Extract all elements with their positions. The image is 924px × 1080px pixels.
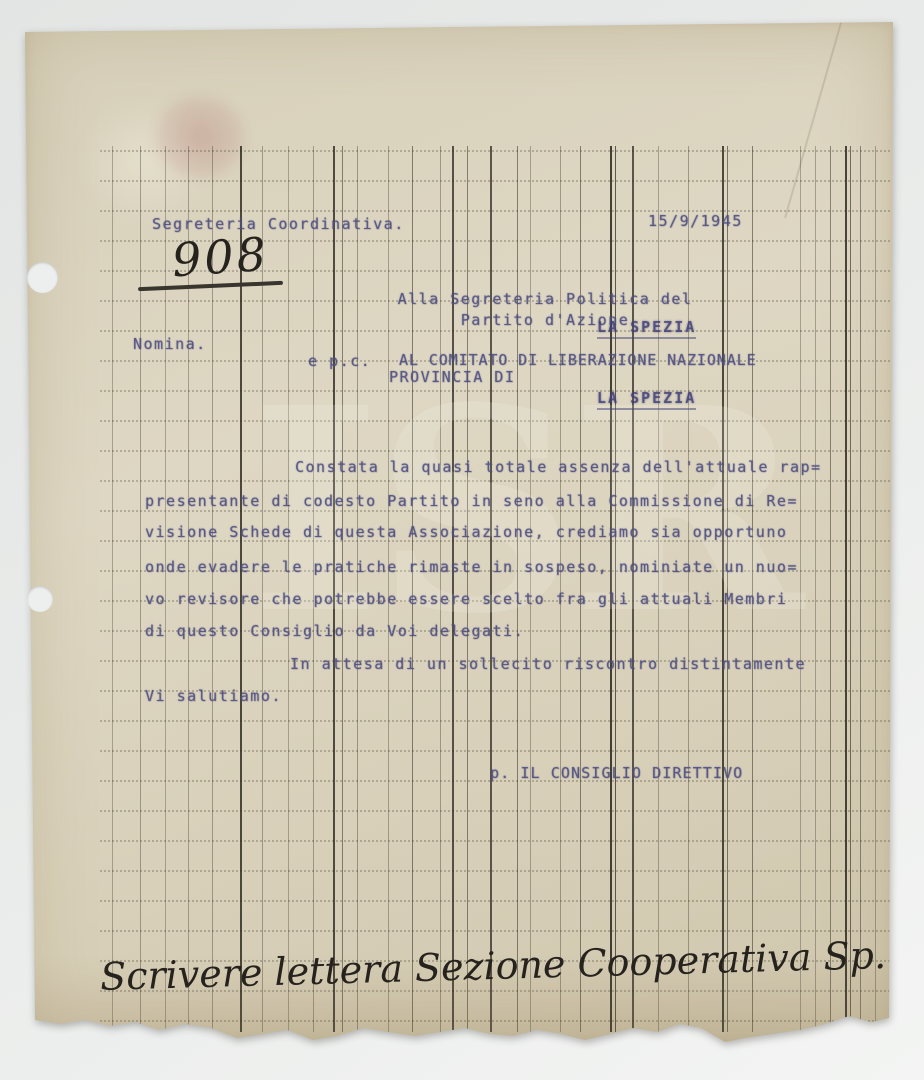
recipient-line-1: Alla Segreteria Politica del [395,289,695,310]
ruling-column-line [727,146,728,1032]
recipient-city-stamp: LA SPEZIA [597,318,696,339]
ruling-column-line [560,146,561,1032]
cc-line-1: AL COMITATO DI LIBERAZIONE NAZIONALE [399,351,757,369]
ruling-column-line [860,146,861,1032]
scanned-letter: ISR Segreteria Coordinativa. 15/9/1945 9… [0,0,924,1080]
sender-office-line: Segreteria Coordinativa. [152,215,405,233]
body-p2-line-2: Vi salutiamo. [145,687,282,705]
cc-city-stamp: LA SPEZIA [597,389,696,410]
ruling-column-line [342,146,343,1032]
ruling-column-line [140,146,141,1032]
body-p1-line-2: presentante di codesto Partito in seno a… [145,492,798,510]
ruling-column-line [112,146,113,1032]
date-line: 15/9/1945 [648,212,743,230]
body-p1-line-4: onde evadere le pratiche rimaste in sosp… [145,558,798,576]
ruling-column-line [580,146,581,1032]
punch-hole-bottom [27,586,53,612]
subject-note: Nomina. [133,335,207,353]
ruling-column-line [333,146,335,1032]
ruling-column-line [610,146,612,1032]
ruling-column-line [875,146,876,1032]
ruling-column-line [850,146,851,1032]
ruling-column-line [165,146,166,1032]
punch-hole-top [27,262,58,293]
ruling-column-line [412,146,413,1032]
ruling-column-line [800,146,801,1032]
ruling-column-line [440,146,441,1032]
ruling-column-line [357,146,358,1032]
ruling-column-line [517,146,518,1032]
body-p1-line-3: visione Schede di questa Associazione, c… [145,523,787,541]
body-p1-line-1: Constata la quasi totale assenza dell'at… [295,458,822,476]
ruling-column-line [845,146,847,1032]
ruling-column-line [688,146,689,1032]
ruling-column-line [313,146,314,1032]
cc-line-2: PROVINCIA DI [389,368,515,386]
protocol-number-handwritten: 908 [171,231,271,284]
letter-paper: ISR Segreteria Coordinativa. 15/9/1945 9… [25,22,893,1044]
ruling-column-line [815,146,816,1032]
ruling-column-line [615,146,616,1032]
ruling-column-line [388,146,389,1032]
ruling-column-line [632,146,634,1032]
body-p2-line-1: In attesa di un sollecito riscontro dist… [290,655,806,673]
signature-line: p. IL CONSIGLIO DIRETTIVO [490,764,743,782]
ruling-column-line [490,146,492,1032]
ruling-column-line [452,146,454,1032]
ruling-column-line [467,146,468,1032]
ruling-column-line [658,146,659,1032]
cc-label: e p.c. [308,352,371,370]
ruling-column-line [722,146,724,1032]
ruling-column-line [288,146,289,1032]
body-p1-line-6: di questo Consiglio da Voi delegati. [145,622,524,640]
body-p1-line-5: vo revisore che potrebbe essere scelto f… [145,590,787,608]
ruling-column-line [830,146,831,1032]
paper-wrapper: ISR Segreteria Coordinativa. 15/9/1945 9… [25,22,893,1044]
ruling-column-line [530,146,531,1032]
ruling-column-line [752,146,753,1032]
